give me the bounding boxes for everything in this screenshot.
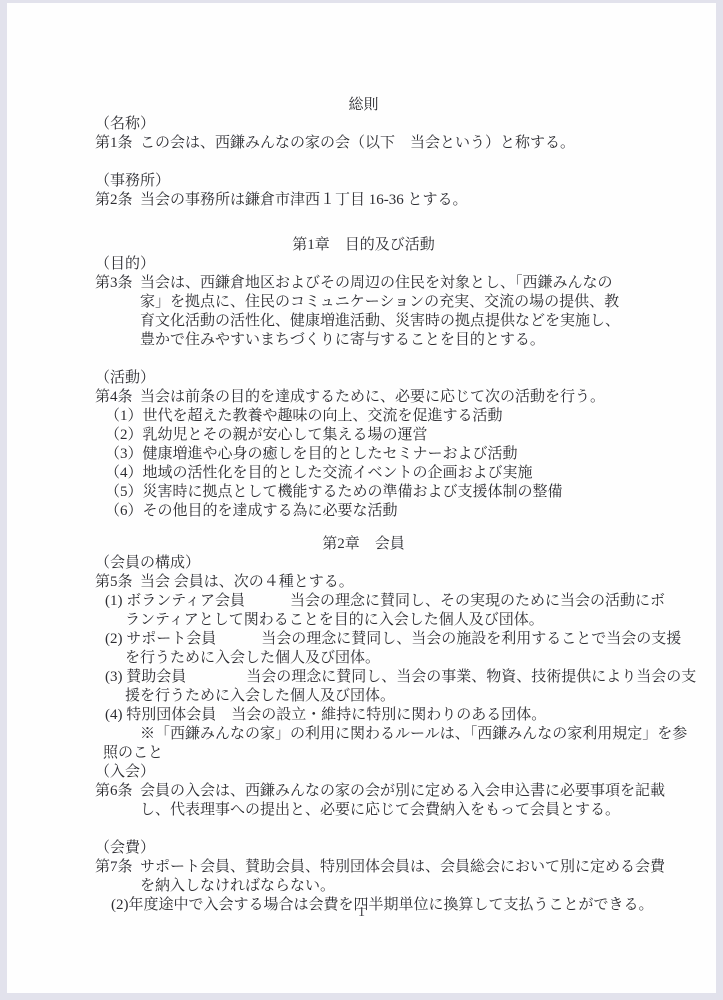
activity-list-item: （2）乳幼児とその親が安心して集える場の運営: [95, 426, 632, 445]
article-3-text-line: 家」を拠点に、住民のコミュニケーションの充実、交流の場の提供、教: [95, 293, 632, 312]
activity-list-item: （1）世代を超えた教養や趣味の向上、交流を促進する活動: [95, 407, 632, 426]
blank-line: [95, 521, 632, 535]
member-type-item: (3) 賛助会員 当会の理念に賛同し、当会の事業、物資、技術提供により当会の支: [95, 668, 632, 687]
article-3-text-line: 豊かで住みやすいまちづくりに寄与することを目的とする。: [95, 331, 632, 350]
activity-list-item: （3）健康増進や心身の癒しを目的としたセミナーおよび活動: [95, 445, 632, 464]
article-7-text-line: サポート会員、賛助会員、特別団体会員は、会員総会において別に定める会費: [140, 859, 665, 875]
article-4-number: 第4条: [95, 388, 133, 407]
chapter-2-heading: 第2章 会員: [95, 535, 632, 554]
usage-rule-note-continuation: 照のこと: [95, 744, 632, 763]
member-type-item: (1) ボランティア会員 当会の理念に賛同し、その実現のために当会の活動にボ: [95, 592, 632, 611]
article-6-number: 第6条: [95, 782, 133, 801]
page-number: 1: [7, 905, 716, 921]
blank-line: [95, 820, 632, 839]
article-2-number: 第2条: [95, 191, 133, 210]
chapter-1-heading: 第1章 目的及び活動: [95, 236, 632, 255]
member-type-item-continuation: を行うために入会した個人及び団体。: [95, 649, 632, 668]
activity-list-item: （5）災害時に拠点として機能するための準備および支援体制の整備: [95, 483, 632, 502]
section-label-name: （名称）: [95, 115, 632, 134]
activity-list-item: （4）地域の活性化を目的とした交流イベントの企画および実施: [95, 464, 632, 483]
article-6-text-line: 会員の入会は、西鎌みんなの家の会が別に定める入会申込書に必要事項を記載: [140, 783, 665, 799]
blank-line: [95, 153, 632, 172]
article-6: 第6条会員の入会は、西鎌みんなの家の会が別に定める入会申込書に必要事項を記載: [95, 782, 632, 801]
document-content: 総則 （名称） 第1条この会は、西鎌みんなの家の会（以下 当会という）と称する。…: [95, 96, 632, 915]
blank-line: [95, 210, 632, 236]
article-5-number: 第5条: [95, 573, 133, 592]
section-label-composition: （会員の構成）: [95, 554, 632, 573]
article-1-number: 第1条: [95, 134, 133, 153]
article-2: 第2条当会の事務所は鎌倉市津西１丁目 16-36 とする。: [95, 191, 632, 210]
document-title: 総則: [95, 96, 632, 115]
article-7-text-line: を納入しなければならない。: [95, 877, 632, 896]
article-4: 第4条当会は前条の目的を達成するために、必要に応じて次の活動を行う。: [95, 388, 632, 407]
article-3-text-line: 当会は、西鎌倉地区およびその周辺の住民を対象とし、「西鎌みんなの: [140, 275, 613, 291]
article-1: 第1条この会は、西鎌みんなの家の会（以下 当会という）と称する。: [95, 134, 632, 153]
article-7: 第7条サポート会員、賛助会員、特別団体会員は、会員総会において別に定める会費: [95, 858, 632, 877]
article-1-text: この会は、西鎌みんなの家の会（以下 当会という）と称する。: [140, 135, 575, 151]
usage-rule-note: ※「西鎌みんなの家」の利用に関わるルールは、「西鎌みんなの家利用規定」を参: [95, 725, 632, 744]
blank-line: [95, 350, 632, 369]
article-5: 第5条当会 会員は、次の４種とする。: [95, 573, 632, 592]
activity-list-item: （6）その他目的を達成する為に必要な活動: [95, 502, 632, 521]
section-label-purpose: （目的）: [95, 255, 632, 274]
document-page: 総則 （名称） 第1条この会は、西鎌みんなの家の会（以下 当会という）と称する。…: [7, 3, 716, 993]
article-2-text: 当会の事務所は鎌倉市津西１丁目 16-36 とする。: [140, 192, 468, 208]
member-type-item: (4) 特別団体会員 当会の設立・維持に特別に関わりのある団体。: [95, 706, 632, 725]
section-label-admission: （入会）: [95, 763, 632, 782]
section-label-fee: （会費）: [95, 839, 632, 858]
article-3: 第3条当会は、西鎌倉地区およびその周辺の住民を対象とし、「西鎌みんなの: [95, 274, 632, 293]
article-4-text: 当会は前条の目的を達成するために、必要に応じて次の活動を行う。: [140, 389, 605, 405]
article-3-text-line: 育文化活動の活性化、健康増進活動、災害時の拠点提供などを実施し、: [95, 312, 632, 331]
member-type-item-continuation: ランティアとして関わることを目的に入会した個人及び団体。: [95, 611, 632, 630]
article-7-number: 第7条: [95, 858, 133, 877]
article-6-text-line: し、代表理事への提出と、必要に応じて会費納入をもって会員とする。: [95, 801, 632, 820]
article-3-number: 第3条: [95, 274, 133, 293]
section-label-activity: （活動）: [95, 369, 632, 388]
section-label-office: （事務所）: [95, 172, 632, 191]
article-5-text: 当会 会員は、次の４種とする。: [140, 574, 354, 590]
member-type-item: (2) サポート会員 当会の理念に賛同し、当会の施設を利用することで当会の支援: [95, 630, 632, 649]
member-type-item-continuation: 援を行うために入会した個人及び団体。: [95, 687, 632, 706]
